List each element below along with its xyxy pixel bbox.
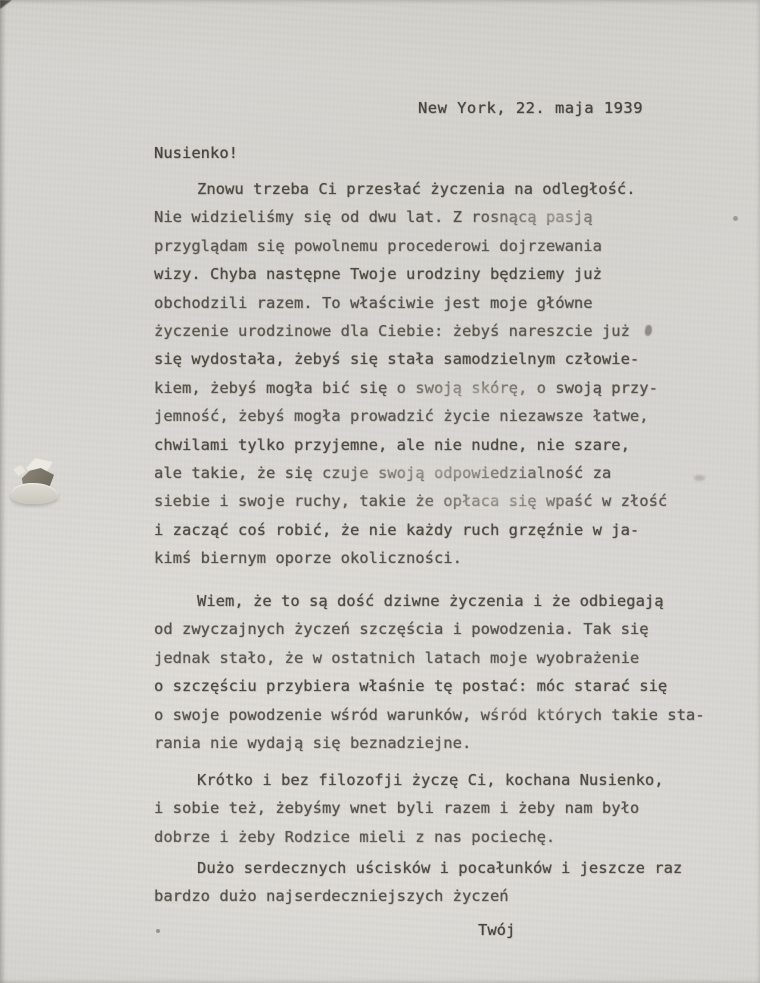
letter-line: kimś biernym oporze okoliczności.: [154, 544, 667, 572]
letter-scan-page: New York, 22. maja 1939 Nusienko! Znowu …: [0, 0, 760, 983]
dateline: New York, 22. maja 1939: [418, 99, 643, 117]
salutation: Nusienko!: [154, 144, 238, 162]
letter-line: Nie widzieliśmy się od dwu lat. Z rosnąc…: [154, 203, 667, 231]
letter-line: obchodzili razem. To właściwie jest moje…: [154, 289, 667, 317]
letter-line: chwilami tylko przyjemne, ale nie nudne,…: [154, 431, 667, 459]
paper-tear: [6, 456, 64, 508]
letter-line: przyglądam się powolnemu procederowi doj…: [154, 232, 667, 260]
letter-line: wizy. Chyba następne Twoje urodziny będz…: [154, 260, 667, 288]
letter-line: ale takie, że się czuje swoją odpowiedzi…: [154, 459, 667, 487]
letter-line: rania nie wydają się beznadziejne.: [154, 729, 705, 757]
letter-line: Znowu trzeba Ci przesłać życzenia na odl…: [154, 175, 667, 203]
paper-tear-highlight: [13, 465, 26, 476]
letter-line: życzenie urodzinowe dla Ciebie: żebyś na…: [154, 317, 667, 345]
paragraph-reflection: Wiem, że to są dość dziwne życzenia i że…: [154, 587, 705, 757]
letter-line: kiem, żebyś mogła bić się o swoją skórę,…: [154, 374, 667, 402]
letter-line: Krótko i bez filozofji życzę Ci, kochana…: [154, 766, 664, 794]
ink-speck: [156, 929, 160, 933]
paper-tear-flap: [11, 483, 58, 504]
letter-line: o szczęściu przybiera właśnie tę postać:…: [154, 672, 705, 700]
letter-line: siebie i swoje ruchy, takie że opłaca si…: [154, 487, 667, 515]
letter-line: jednak stało, że w ostatnich latach moje…: [154, 644, 705, 672]
ink-speck: [733, 216, 738, 221]
letter-line: Dużo serdecznych uścisków i pocałunków i…: [154, 854, 682, 882]
paragraph-closing: Dużo serdecznych uścisków i pocałunków i…: [154, 854, 682, 911]
paragraph-wishes-intro: Znowu trzeba Ci przesłać życzenia na odl…: [154, 175, 667, 572]
letter-line: Wiem, że to są dość dziwne życzenia i że…: [154, 587, 705, 615]
letter-line: od zwyczajnych życzeń szczęścia i powodz…: [154, 615, 705, 643]
letter-line: i sobie też, żebyśmy wnet byli razem i ż…: [154, 794, 664, 822]
paragraph-short-wishes: Krótko i bez filozofji życzę Ci, kochana…: [154, 766, 664, 851]
letter-line: jemność, żebyś mogła prowadzić życie nie…: [154, 402, 667, 430]
letter-line: i zacząć coś robić, że nie każdy ruch gr…: [154, 516, 667, 544]
signature: Twój: [478, 921, 515, 939]
letter-line: się wydostała, żebyś się stała samodziel…: [154, 345, 667, 373]
ink-smudge: [694, 475, 705, 481]
letter-line: dobrze i żeby Rodzice mieli z nas pociec…: [154, 823, 664, 851]
scan-corner-artifact: [0, 0, 12, 9]
letter-line: bardzo dużo najserdeczniejszych życzeń: [154, 882, 682, 910]
letter-line: o swoje powodzenie wśród warunków, wśród…: [154, 701, 705, 729]
